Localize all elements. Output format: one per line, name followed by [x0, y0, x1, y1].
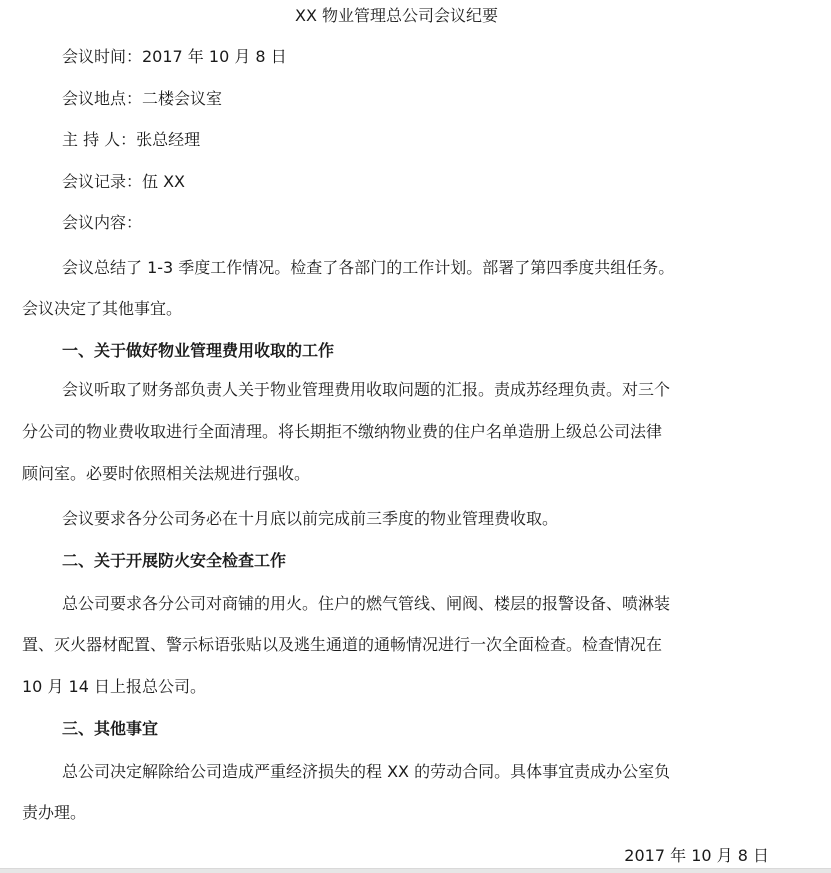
- section-1-paragraph-1-line-1: 会议听取了财务部负责人关于物业管理费用收取问题的汇报。责成苏经理负责。对三个: [62, 380, 670, 400]
- section-2-heading: 二、关于开展防火安全检查工作: [62, 551, 286, 571]
- section-3-paragraph-line-1: 总公司决定解除给公司造成严重经济损失的程 XX 的劳动合同。具体事宜责成办公室负: [62, 762, 670, 782]
- section-2-paragraph-line-1: 总公司要求各分公司对商铺的用火。住户的燃气管线、闸阀、楼层的报警设备、喷淋装: [62, 594, 670, 614]
- signature-date: 2017 年 10 月 8 日: [624, 846, 769, 866]
- section-2-paragraph-line-3: 10 月 14 日上报总公司。: [22, 677, 206, 697]
- summary-line-2: 会议决定了其他事宜。: [22, 299, 182, 319]
- section-3-heading: 三、其他事宜: [62, 719, 158, 739]
- meeting-place: 会议地点：二楼会议室: [62, 89, 222, 109]
- section-1-heading: 一、关于做好物业管理费用收取的工作: [62, 341, 334, 361]
- meeting-host: 主 持 人：张总经理: [62, 130, 200, 150]
- section-1-paragraph-2: 会议要求各分公司务必在十月底以前完成前三季度的物业管理费收取。: [62, 509, 558, 529]
- document-page: XX 物业管理总公司会议纪要 会议时间：2017 年 10 月 8 日 会议地点…: [0, 0, 831, 869]
- summary-line-1: 会议总结了 1-3 季度工作情况。检查了各部门的工作计划。部署了第四季度共组任务…: [62, 258, 674, 278]
- section-1-paragraph-1-line-3: 顾问室。必要时依照相关法规进行强收。: [22, 464, 310, 484]
- page-bottom-edge: [0, 868, 831, 873]
- section-1-paragraph-1-line-2: 分公司的物业费收取进行全面清理。将长期拒不缴纳物业费的住户名单造册上级总公司法律: [22, 422, 662, 442]
- document-title: XX 物业管理总公司会议纪要: [0, 6, 793, 26]
- meeting-time: 会议时间：2017 年 10 月 8 日: [62, 47, 287, 67]
- section-2-paragraph-line-2: 置、灭火器材配置、警示标语张贴以及逃生通道的通畅情况进行一次全面检查。检查情况在: [22, 635, 662, 655]
- meeting-recorder: 会议记录：伍 XX: [62, 172, 185, 192]
- meeting-content-label: 会议内容：: [62, 213, 142, 233]
- section-3-paragraph-line-2: 责办理。: [22, 803, 86, 823]
